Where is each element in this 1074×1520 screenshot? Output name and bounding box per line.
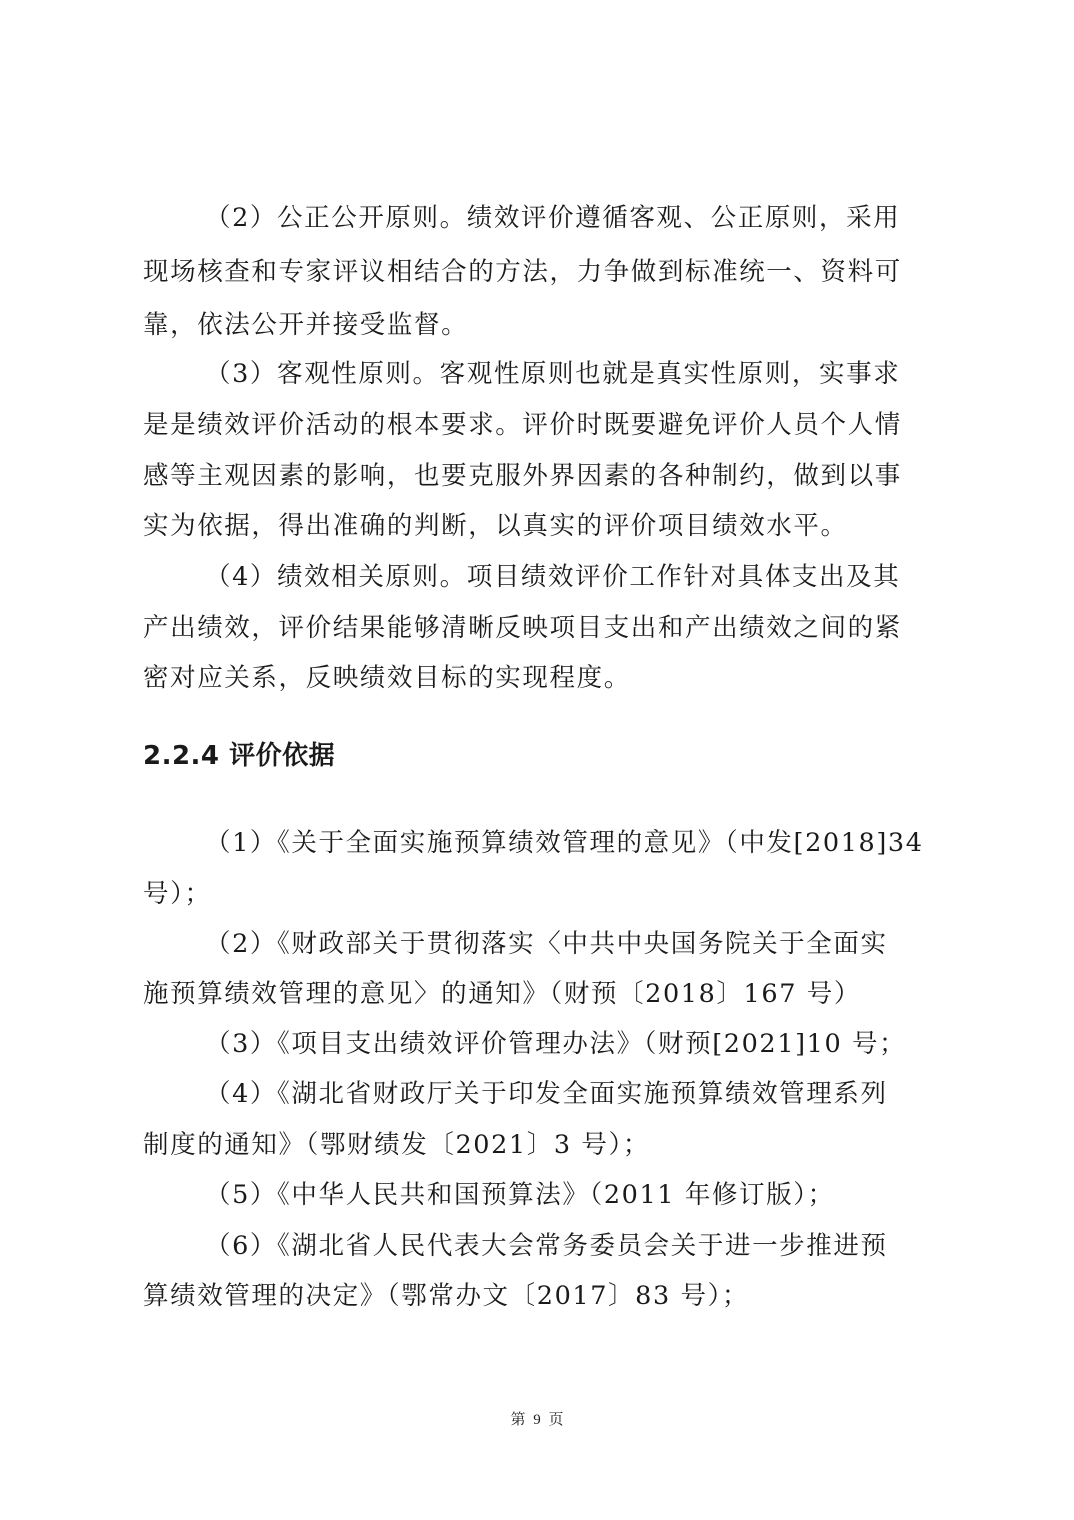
text-line: （3）客观性原则。客观性原则也就是真实性原则，实事求 xyxy=(205,356,945,392)
text-line: 号）； xyxy=(143,876,943,912)
text-line: 靠，依法公开并接受监督。 xyxy=(143,307,943,343)
text-line: 密对应关系，反映绩效目标的实现程度。 xyxy=(143,660,943,696)
text-line: （4）《湖北省财政厅关于印发全面实施预算绩效管理系列 xyxy=(205,1076,945,1112)
text-line: 制度的通知》（鄂财绩发〔2021〕3 号）； xyxy=(143,1127,943,1163)
text-line: （6）《湖北省人民代表大会常务委员会关于进一步推进预 xyxy=(205,1228,945,1264)
text-line: （2）公正公开原则。绩效评价遵循客观、公正原则，采用 xyxy=(205,200,945,236)
section-heading: 2.2.4 评价依据 xyxy=(143,738,335,774)
text-line: 施预算绩效管理的意见〉的通知》（财预〔2018〕167 号） xyxy=(143,976,943,1012)
document-page: （2）公正公开原则。绩效评价遵循客观、公正原则，采用 现场核查和专家评议相结合的… xyxy=(0,0,1074,1520)
text-line: （4）绩效相关原则。项目绩效评价工作针对具体支出及其 xyxy=(205,559,945,595)
text-line: （1）《关于全面实施预算绩效管理的意见》（中发[2018]34 xyxy=(205,825,945,861)
text-line: 算绩效管理的决定》（鄂常办文〔2017〕83 号）； xyxy=(143,1278,943,1314)
text-line: （3）《项目支出绩效评价管理办法》（财预[2021]10 号； xyxy=(205,1026,945,1062)
text-line: 现场核查和专家评议相结合的方法，力争做到标准统一、资料可 xyxy=(143,254,943,290)
text-line: （5）《中华人民共和国预算法》（2011 年修订版）； xyxy=(205,1177,945,1213)
text-line: 产出绩效，评价结果能够清晰反映项目支出和产出绩效之间的紧 xyxy=(143,610,943,646)
text-line: （2）《财政部关于贯彻落实〈中共中央国务院关于全面实 xyxy=(205,926,945,962)
text-line: 是是绩效评价活动的根本要求。评价时既要避免评价人员个人情 xyxy=(143,407,943,443)
text-line: 实为依据，得出准确的判断，以真实的评价项目绩效水平。 xyxy=(143,508,943,544)
page-number: 第 9 页 xyxy=(0,1408,1074,1429)
text-line: 感等主观因素的影响，也要克服外界因素的各种制约，做到以事 xyxy=(143,458,943,494)
